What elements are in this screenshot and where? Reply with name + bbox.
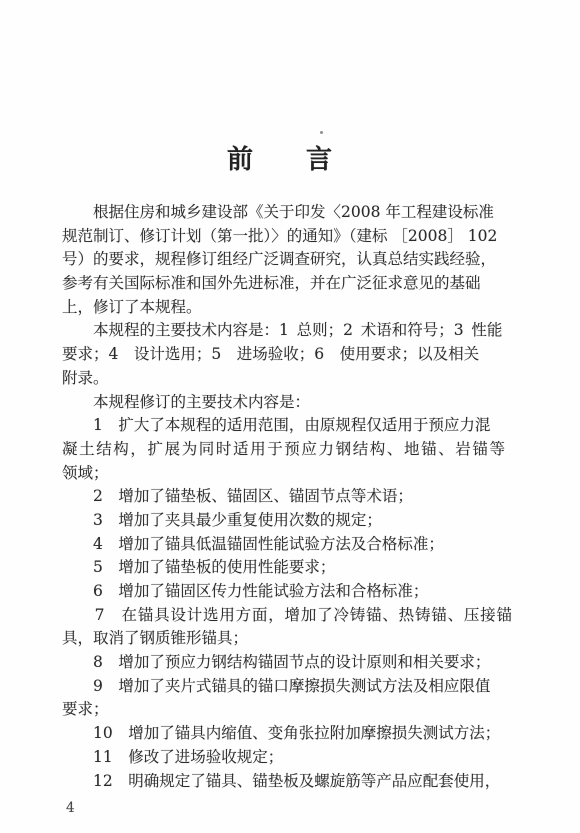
text-line: 2 增加了锚垫板、锚固区、锚固节点等术语；: [62, 485, 520, 509]
text-line: 领域；: [62, 462, 520, 486]
text-line: 4 增加了锚具低温锚固性能试验方法及合格标准；: [62, 533, 520, 557]
text-line: 凝土结构，扩展为同时适用于预应力钢结构、地锚、岩锚等: [62, 438, 520, 462]
text-line: 号）的要求，规程修订组经广泛调查研究，认真总结实践经验，: [62, 248, 520, 272]
text-line: 6 增加了锚固区传力性能试验方法和合格标准；: [62, 580, 520, 604]
scan-speck-artifact: [320, 131, 323, 134]
text-line: 11 修改了进场验收规定；: [62, 746, 520, 770]
text-line: 5 增加了锚垫板的使用性能要求；: [62, 556, 520, 580]
text-line: 12 明确规定了锚具、锚垫板及螺旋筋等产品应配套使用，: [62, 770, 520, 794]
text-line: 本规程的主要技术内容是：1 总则；2 术语和符号；3 性能: [62, 319, 520, 343]
text-line: 具，取消了钢质锥形锚具；: [62, 627, 520, 651]
title-char-second: 言: [306, 145, 333, 175]
text-line: 9 增加了夹片式锚具的锚口摩擦损失测试方法及相应限值: [62, 675, 520, 699]
page-title: 前言: [52, 144, 508, 176]
text-line: 1 扩大了本规程的适用范围，由原规程仅适用于预应力混: [62, 414, 520, 438]
text-line: 参考有关国际标准和国外先进标准，并在广泛征求意见的基础: [62, 272, 520, 296]
text-line: 根据住房和城乡建设部《关于印发〈2008 年工程建设标准: [62, 201, 520, 225]
text-line: 本规程修订的主要技术内容是：: [62, 391, 520, 415]
text-line: 10 增加了锚具内缩值、变角张拉附加摩擦损失测试方法；: [62, 722, 520, 746]
text-line: 3 增加了夹具最少重复使用次数的规定；: [62, 509, 520, 533]
text-line: 要求；4 设计选用；5 进场验收；6 使用要求；以及相关: [62, 343, 520, 367]
document-page: 前言 根据住房和城乡建设部《关于印发〈2008 年工程建设标准规范制订、修订计划…: [0, 0, 580, 833]
page-number: 4: [66, 800, 75, 816]
text-line: 附录。: [62, 367, 520, 391]
text-line: 8 增加了预应力钢结构锚固节点的设计原则和相关要求；: [62, 651, 520, 675]
text-line: 规范制订、修订计划（第一批）〉的通知》（建标 ［2008］ 102: [62, 225, 520, 249]
title-char-first: 前: [227, 145, 254, 175]
preface-body: 根据住房和城乡建设部《关于印发〈2008 年工程建设标准规范制订、修订计划（第一…: [62, 201, 520, 793]
text-line: 要求；: [62, 698, 520, 722]
text-line: 上，修订了本规程。: [62, 296, 520, 320]
text-line: 7 在锚具设计选用方面，增加了冷铸锚、热铸锚、压接锚: [62, 604, 520, 628]
